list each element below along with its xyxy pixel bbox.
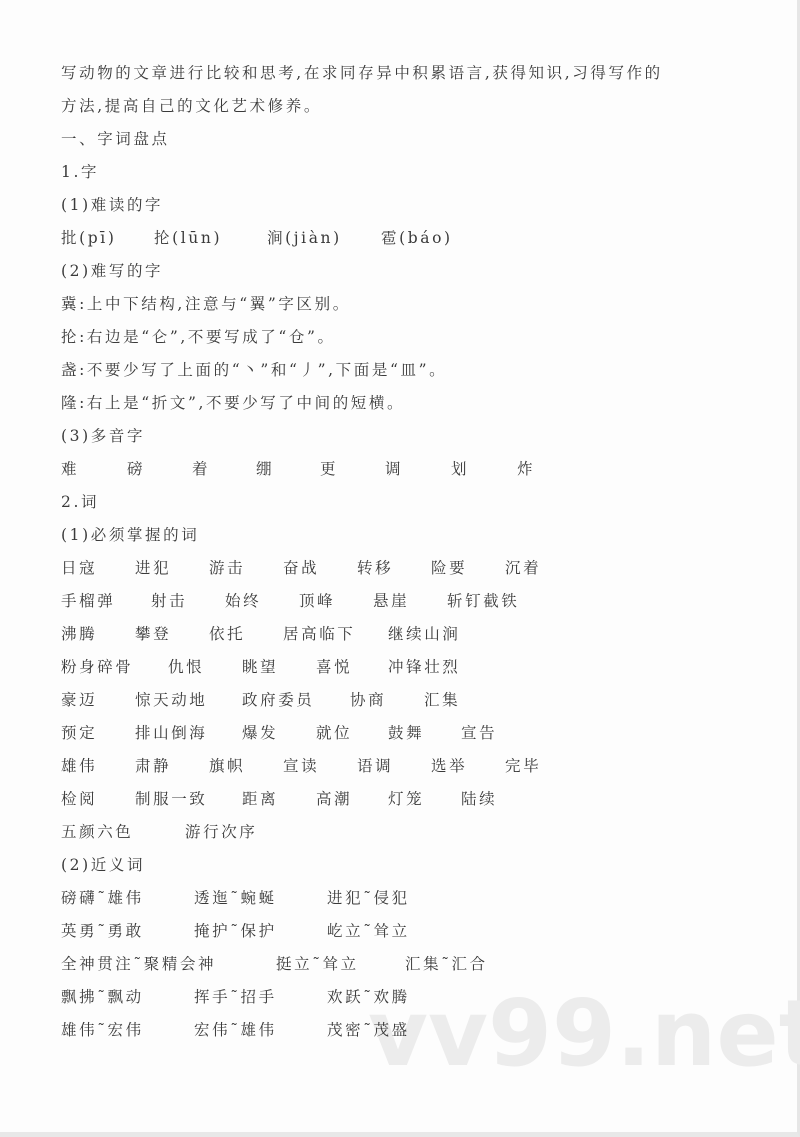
synonym-pair: 透迤˜蜿蜒 xyxy=(194,885,277,911)
word-item: 日寇 xyxy=(61,555,97,581)
synonym-pair: 茂密˜茂盛 xyxy=(327,1017,410,1043)
word-row: 雄伟 肃静 旗帜 宣读 语调 选举 完毕 xyxy=(61,753,761,786)
synonym-pair: 雄伟˜宏伟 xyxy=(61,1017,144,1043)
synonym-row: 全神贯注˜聚精会神 挺立˜耸立 汇集˜汇合 xyxy=(61,951,761,984)
polyphonic-char: 磅 xyxy=(127,456,145,482)
synonym-pair: 汇集˜汇合 xyxy=(405,951,488,977)
synonym-pair: 进犯˜侵犯 xyxy=(327,885,410,911)
word-item: 游击 xyxy=(209,555,245,581)
hard-to-read-row: 批(pī) 抡(lūn) 涧(jiàn) 雹(báo) xyxy=(61,225,761,258)
word-item: 沸腾 xyxy=(61,621,97,647)
word-item: 喜悦 xyxy=(316,654,352,680)
synonym-pair: 挥手˜招手 xyxy=(194,984,277,1010)
word-item: 悬崖 xyxy=(373,588,409,614)
word-item: 汇集 xyxy=(424,687,460,713)
word-item: 奋战 xyxy=(283,555,319,581)
word-row: 日寇 进犯 游击 奋战 转移 险要 沉着 xyxy=(61,555,761,588)
word-row: 检阅 制服一致 距离 高潮 灯笼 陆续 xyxy=(61,786,761,819)
word-item: 肃静 xyxy=(135,753,171,779)
word-item: 射击 xyxy=(151,588,187,614)
synonym-pair: 挺立˜耸立 xyxy=(276,951,359,977)
synonym-row: 英勇˜勇敢 掩护˜保护 屹立˜耸立 xyxy=(61,918,761,951)
word-item: 依托 xyxy=(209,621,245,647)
synonym-pair: 飘拂˜飘动 xyxy=(61,984,144,1010)
polyphonic-row: 难 磅 着 绷 更 调 划 炸 xyxy=(61,456,761,489)
polyphonic-char: 绷 xyxy=(256,456,274,482)
must-master-heading: (1)必须掌握的词 xyxy=(61,522,761,555)
word-item: 协商 xyxy=(350,687,386,713)
word-item: 五颜六色 xyxy=(61,819,133,845)
word-row: 手榴弹 射击 始终 顶峰 悬崖 斩钉截铁 xyxy=(61,588,761,621)
polyphonic-char: 炸 xyxy=(517,456,535,482)
section-heading: 一、字词盘点 xyxy=(61,126,761,159)
word-item: 攀登 xyxy=(135,621,171,647)
pinyin-item: 抡(lūn) xyxy=(154,225,222,251)
word-item: 继续山涧 xyxy=(388,621,460,647)
pinyin-item: 雹(báo) xyxy=(381,225,453,251)
word-item: 居高临下 xyxy=(283,621,355,647)
hard-to-write-item: 盏:不要少写了上面的“丶”和“丿”,下面是“皿”。 xyxy=(61,357,761,390)
synonym-pair: 英勇˜勇敢 xyxy=(61,918,144,944)
word-item: 冲锋壮烈 xyxy=(388,654,460,680)
word-item: 预定 xyxy=(61,720,97,746)
document-content: 写动物的文章进行比较和思考,在求同存异中积累语言,获得知识,习得写作的 方法,提… xyxy=(61,60,761,1050)
intro-line-2: 方法,提高自己的文化艺术修养。 xyxy=(61,93,761,126)
hard-to-read-heading: (1)难读的字 xyxy=(61,192,761,225)
word-item: 转移 xyxy=(357,555,393,581)
hard-to-write-item: 抡:右边是“仑”,不要写成了“仓”。 xyxy=(61,324,761,357)
word-item: 完毕 xyxy=(505,753,541,779)
subsection-heading-words: 2.词 xyxy=(61,489,761,522)
word-row: 豪迈 惊天动地 政府委员 协商 汇集 xyxy=(61,687,761,720)
word-item: 排山倒海 xyxy=(135,720,207,746)
word-item: 选举 xyxy=(431,753,467,779)
synonym-pair: 欢跃˜欢腾 xyxy=(327,984,410,1010)
word-item: 陆续 xyxy=(461,786,497,812)
document-page: vv99.net 写动物的文章进行比较和思考,在求同存异中积累语言,获得知识,习… xyxy=(0,0,800,1137)
word-item: 爆发 xyxy=(242,720,278,746)
word-row: 五颜六色 游行次序 xyxy=(61,819,761,852)
synonym-row: 飘拂˜飘动 挥手˜招手 欢跃˜欢腾 xyxy=(61,984,761,1017)
word-row: 预定 排山倒海 爆发 就位 鼓舞 宣告 xyxy=(61,720,761,753)
word-item: 险要 xyxy=(431,555,467,581)
word-item: 制服一致 xyxy=(135,786,207,812)
pinyin-item: 批(pī) xyxy=(61,225,116,251)
word-item: 进犯 xyxy=(135,555,171,581)
synonym-pair: 屹立˜耸立 xyxy=(327,918,410,944)
word-item: 宣读 xyxy=(283,753,319,779)
intro-line-1: 写动物的文章进行比较和思考,在求同存异中积累语言,获得知识,习得写作的 xyxy=(61,60,761,93)
pinyin-item: 涧(jiàn) xyxy=(267,225,342,251)
word-item: 宣告 xyxy=(461,720,497,746)
word-item: 斩钉截铁 xyxy=(447,588,519,614)
synonym-row: 磅礴˜雄伟 透迤˜蜿蜒 进犯˜侵犯 xyxy=(61,885,761,918)
hard-to-write-item: 冀:上中下结构,注意与“翼”字区别。 xyxy=(61,291,761,324)
word-item: 豪迈 xyxy=(61,687,97,713)
word-item: 高潮 xyxy=(316,786,352,812)
word-item: 灯笼 xyxy=(388,786,424,812)
word-item: 粉身碎骨 xyxy=(61,654,133,680)
word-item: 仇恨 xyxy=(168,654,204,680)
word-item: 政府委员 xyxy=(242,687,314,713)
word-item: 惊天动地 xyxy=(135,687,207,713)
word-item: 就位 xyxy=(316,720,352,746)
word-row: 沸腾 攀登 依托 居高临下 继续山涧 xyxy=(61,621,761,654)
polyphonic-char: 难 xyxy=(61,456,79,482)
synonym-pair: 宏伟˜雄伟 xyxy=(194,1017,277,1043)
hard-to-write-heading: (2)难写的字 xyxy=(61,258,761,291)
synonym-pair: 磅礴˜雄伟 xyxy=(61,885,144,911)
polyphonic-char: 着 xyxy=(192,456,210,482)
word-item: 眺望 xyxy=(242,654,278,680)
hard-to-write-item: 隆:右上是“折文”,不要少写了中间的短横。 xyxy=(61,390,761,423)
polyphonic-heading: (3)多音字 xyxy=(61,423,761,456)
word-item: 游行次序 xyxy=(185,819,257,845)
word-item: 雄伟 xyxy=(61,753,97,779)
synonym-pair: 掩护˜保护 xyxy=(194,918,277,944)
polyphonic-char: 更 xyxy=(320,456,338,482)
synonyms-heading: (2)近义词 xyxy=(61,852,761,885)
word-item: 鼓舞 xyxy=(388,720,424,746)
word-item: 沉着 xyxy=(505,555,541,581)
polyphonic-char: 调 xyxy=(385,456,403,482)
subsection-heading-chars: 1.字 xyxy=(61,159,761,192)
word-item: 检阅 xyxy=(61,786,97,812)
word-item: 旗帜 xyxy=(209,753,245,779)
word-item: 语调 xyxy=(357,753,393,779)
word-item: 顶峰 xyxy=(299,588,335,614)
word-row: 粉身碎骨 仇恨 眺望 喜悦 冲锋壮烈 xyxy=(61,654,761,687)
polyphonic-char: 划 xyxy=(451,456,469,482)
word-item: 始终 xyxy=(225,588,261,614)
word-item: 手榴弹 xyxy=(61,588,115,614)
synonym-row: 雄伟˜宏伟 宏伟˜雄伟 茂密˜茂盛 xyxy=(61,1017,761,1050)
synonym-pair: 全神贯注˜聚精会神 xyxy=(61,951,216,977)
word-item: 距离 xyxy=(242,786,278,812)
